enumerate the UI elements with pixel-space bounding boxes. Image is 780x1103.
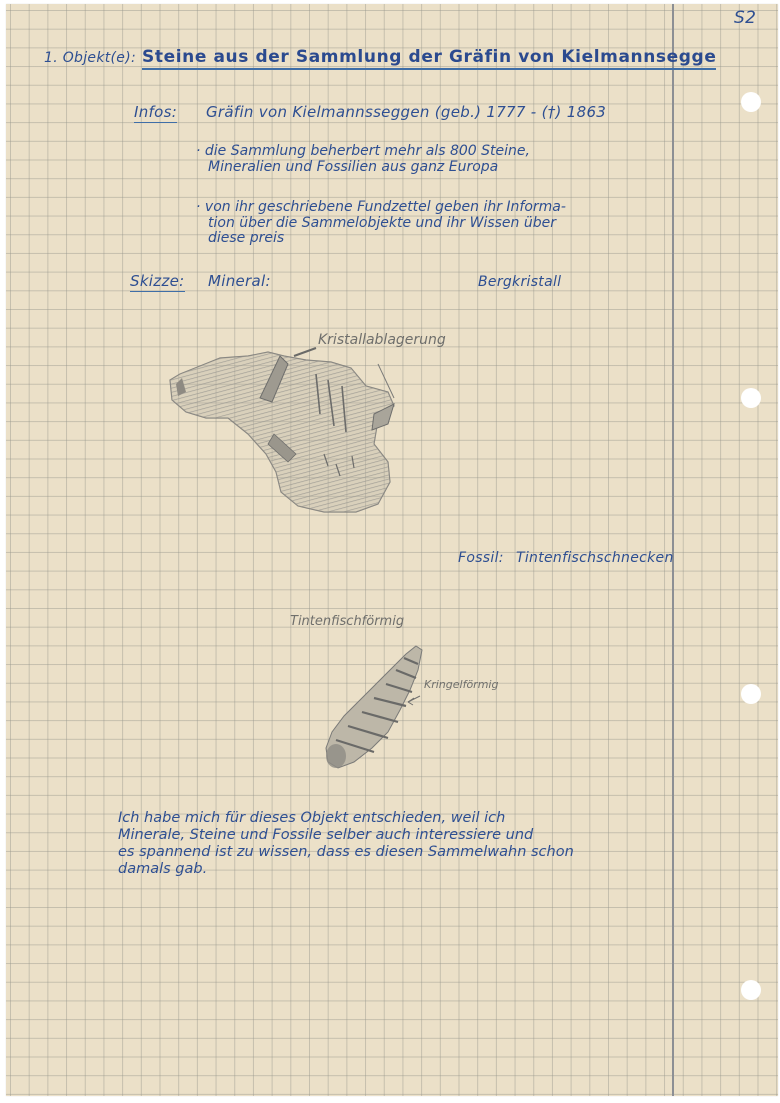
conclusion-line: es spannend ist zu wissen, dass es diese…: [118, 844, 574, 861]
infos-bullet-1: · die Sammlung beherbert mehr als 800 St…: [196, 144, 530, 175]
bullet-dot: ·: [196, 199, 205, 215]
mineral-sketch: [156, 334, 416, 524]
object-label: 1. Objekt(e):: [44, 50, 136, 66]
infos-label: Infos:: [134, 103, 177, 123]
punch-hole-2: [741, 388, 761, 408]
fossil-sketch: [316, 644, 436, 774]
conclusion-line: damals gab.: [118, 861, 574, 878]
sketch-label: Skizze:: [130, 272, 185, 292]
notebook-page: S2 1. Objekt(e): Steine aus der Sammlung…: [6, 4, 778, 1096]
bullet-dot: ·: [196, 143, 205, 159]
conclusion-line: Minerale, Steine und Fossile selber auch…: [118, 827, 574, 844]
conclusion-line: Ich habe mich für dieses Objekt entschie…: [118, 810, 574, 827]
object-title: Steine aus der Sammlung der Gräfin von K…: [142, 47, 716, 70]
infos-bullet-2: · von ihr geschriebene Fundzettel geben …: [196, 200, 566, 247]
page-number: S2: [734, 8, 756, 28]
fossil-name: Tintenfischschnecken: [516, 550, 674, 566]
punch-hole-1: [741, 92, 761, 112]
punch-hole-3: [741, 684, 761, 704]
punch-hole-4: [741, 980, 761, 1000]
conclusion-paragraph: Ich habe mich für dieses Objekt entschie…: [118, 810, 574, 878]
fossil-label: Fossil:: [458, 550, 504, 566]
mineral-name: Bergkristall: [478, 274, 561, 290]
mineral-label: Mineral:: [208, 272, 271, 290]
fossil-annotation-shape: Tintenfischförmig: [290, 614, 404, 629]
infos-line-countess: Gräfin von Kielmannsseggen (geb.) 1777 -…: [206, 103, 606, 121]
